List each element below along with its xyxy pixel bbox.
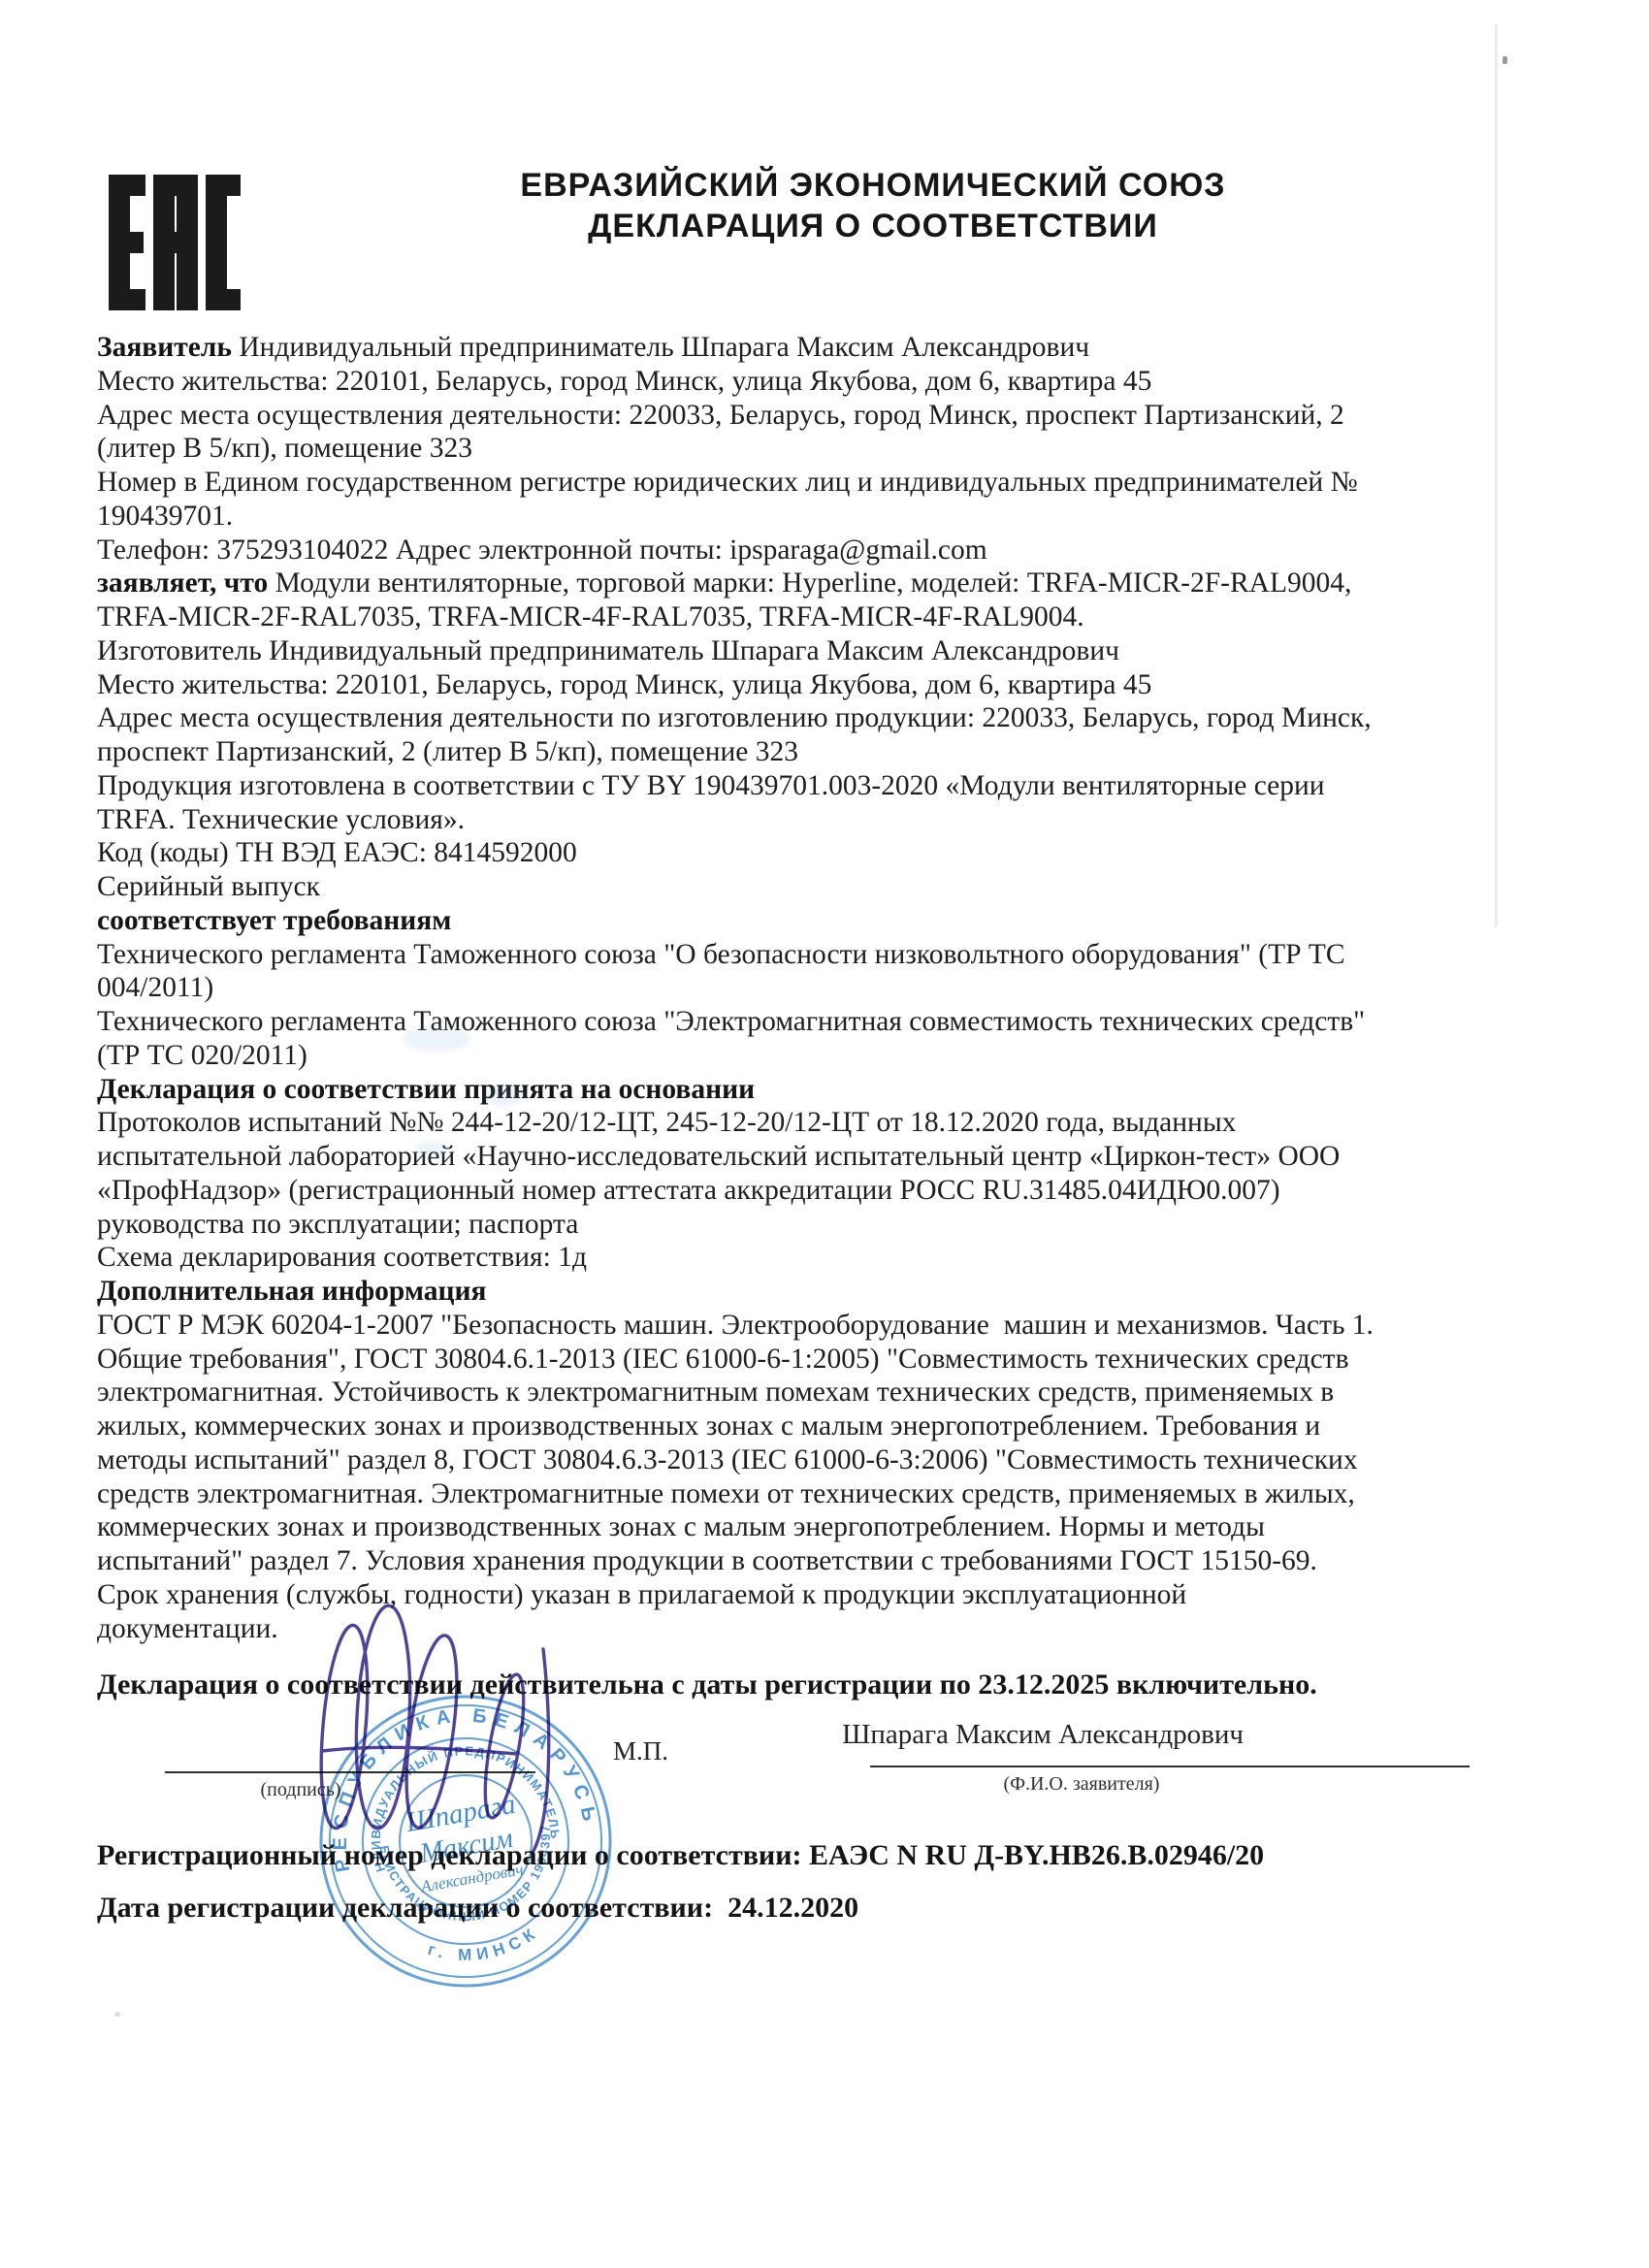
- eac-logo: [109, 175, 241, 310]
- body-line: Продукция изготовлена в соответствии с Т…: [97, 769, 1571, 803]
- stamp-ink-ghost: [415, 1141, 448, 1158]
- body-line: Дополнительная информация: [97, 1275, 1571, 1309]
- body-line: испытательной лабораторией «Научно-иссле…: [97, 1140, 1571, 1174]
- body-line: Технического регламента Таможенного союз…: [97, 1005, 1571, 1039]
- body-line: Код (коды) ТН ВЭД ЕАЭС: 8414592000: [97, 836, 1571, 870]
- body-line: 190439701.: [97, 500, 1571, 534]
- body-lines: Заявитель Индивидуальный предприниматель…: [97, 331, 1571, 1645]
- body-line: «ПрофНадзор» (регистрационный номер атте…: [97, 1174, 1571, 1208]
- body-line: средств электромагнитная. Электромагнитн…: [97, 1477, 1571, 1511]
- scan-speck: [1503, 56, 1507, 64]
- body-line: Изготовитель Индивидуальный предпринимат…: [97, 634, 1571, 668]
- body-line: заявляет, что Модули вентиляторные, торг…: [97, 567, 1571, 600]
- body-line: Серийный выпуск: [97, 870, 1571, 904]
- document-title: ЕВРАЗИЙСКИЙ ЭКОНОМИЧЕСКИЙ СОЮЗ ДЕКЛАРАЦИ…: [291, 165, 1455, 246]
- body-line: Протоколов испытаний №№ 244-12-20/12-ЦТ,…: [97, 1106, 1571, 1140]
- body-line: ГОСТ Р МЭК 60204-1-2007 "Безопасность ма…: [97, 1309, 1571, 1343]
- body-line: Место жительства: 220101, Беларусь, горо…: [97, 668, 1571, 702]
- scan-edge-artifact: [1495, 24, 1498, 926]
- body-line: испытаний" раздел 7. Условия хранения пр…: [97, 1544, 1571, 1578]
- body-line: методы испытаний" раздел 8, ГОСТ 30804.6…: [97, 1443, 1571, 1477]
- body-line: коммерческих зонах и производственных зо…: [97, 1510, 1571, 1544]
- body-line: жилых, коммерческих зонах и производстве…: [97, 1409, 1571, 1443]
- stamp-city-arc: г. МИНСК: [423, 1921, 545, 1973]
- body-line: Адрес места осуществления деятельности: …: [97, 399, 1571, 433]
- declaration-document: ЕВРАЗИЙСКИЙ ЭКОНОМИЧЕСКИЙ СОЮЗ ДЕКЛАРАЦИ…: [0, 0, 1649, 2268]
- body-line: 004/2011): [97, 971, 1571, 1005]
- body-line: проспект Партизанский, 2 (литер В 5/кп),…: [97, 735, 1571, 769]
- body-line: Место жительства: 220101, Беларусь, горо…: [97, 365, 1571, 399]
- applicant-name-caption: (Ф.И.О. заявителя): [921, 1773, 1242, 1796]
- handwritten-signature: [262, 1581, 592, 1872]
- body-line: (литер В 5/кп), помещение 323: [97, 432, 1571, 466]
- title-line-1: ЕВРАЗИЙСКИЙ ЭКОНОМИЧЕСКИЙ СОЮЗ: [291, 165, 1455, 206]
- stamp-ink-ghost: [483, 1085, 526, 1106]
- body-line: Адрес места осуществления деятельности п…: [97, 701, 1571, 735]
- body-line: электромагнитная. Устойчивость к электро…: [97, 1376, 1571, 1409]
- applicant-name-line: [870, 1766, 1470, 1767]
- body-line: Общие требования", ГОСТ 30804.6.1-2013 (…: [97, 1343, 1571, 1377]
- body-line: Номер в Едином государственном регистре …: [97, 466, 1571, 500]
- stamp-ink-ghost: [403, 1026, 470, 1052]
- scan-speck: [114, 2012, 120, 2017]
- body-line: Технического регламента Таможенного союз…: [97, 938, 1571, 972]
- body-line: руководства по эксплуатации; паспорта: [97, 1208, 1571, 1242]
- applicant-name: Шпарага Максим Александрович: [824, 1719, 1261, 1751]
- body-line: Телефон: 375293104022 Адрес электронной …: [97, 534, 1571, 567]
- body-line: TRFA. Технические условия».: [97, 803, 1571, 837]
- body-line: Заявитель Индивидуальный предприниматель…: [97, 331, 1571, 365]
- body-line: Схема декларирования соответствия: 1д: [97, 1241, 1571, 1275]
- body-line: соответствует требованиям: [97, 904, 1571, 938]
- body-line: Декларация о соответствии принята на осн…: [97, 1073, 1571, 1107]
- title-line-2: ДЕКЛАРАЦИЯ О СООТВЕТСТВИИ: [291, 206, 1455, 246]
- body-line: (ТР ТС 020/2011): [97, 1039, 1571, 1073]
- body-line: TRFA-MICR-2F-RAL7035, TRFA-MICR-4F-RAL70…: [97, 600, 1571, 634]
